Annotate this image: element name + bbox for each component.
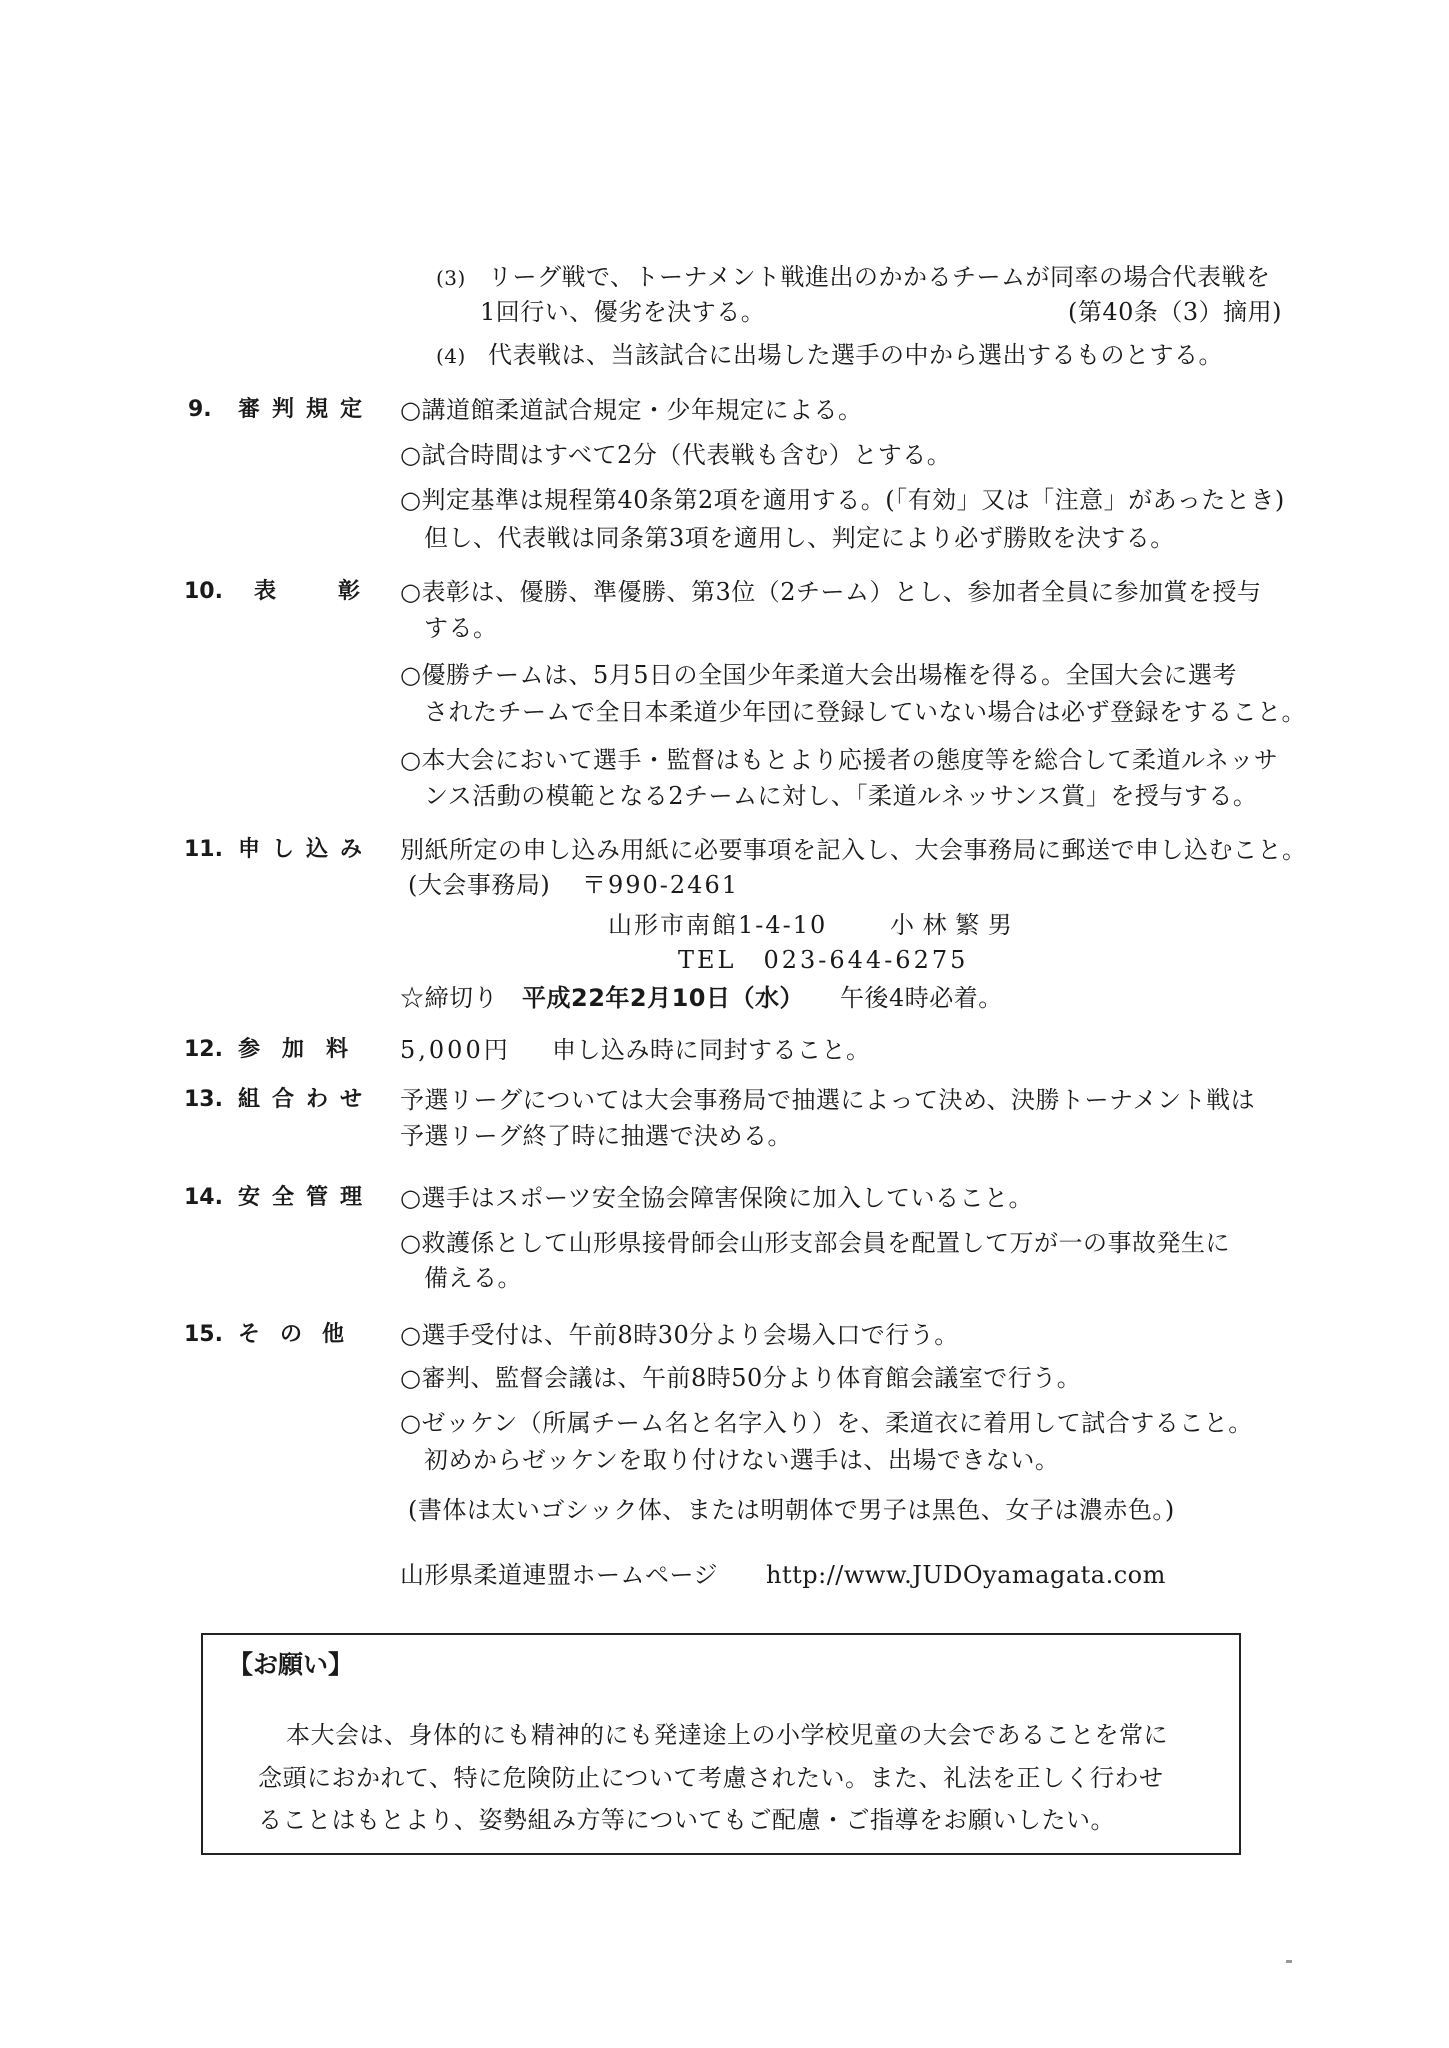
item-text: 代表戦は、当該試合に出場した選手の中から選出するものとする。 bbox=[488, 340, 1223, 370]
contact-name: 小 林 繁 男 bbox=[890, 910, 1012, 940]
address: 山形市南館1-4-10 bbox=[608, 910, 827, 940]
request-line: 念頭におかれて、特に危険防止について考慮されたい。また、礼法を正しく行わせ bbox=[258, 1763, 1164, 1793]
paragraph-line: 予選リーグ終了時に抽選で決める。 bbox=[400, 1121, 792, 1151]
paragraph-line: ○ゼッケン（所属チーム名と名字入り）を、柔道衣に着用して試合すること。 bbox=[400, 1408, 1253, 1438]
section-number: 13. bbox=[184, 1085, 238, 1115]
paragraph-line: ○本大会において選手・監督はもとより応援者の態度等を総合して柔道ルネッサ bbox=[400, 745, 1278, 775]
item-text: リーグ戦で、トーナメント戦進出のかかるチームが同率の場合代表戦を bbox=[488, 262, 1271, 292]
postal-code: 〒990-2461 bbox=[582, 870, 739, 900]
fee-note: 申し込み時に同封すること。 bbox=[552, 1035, 871, 1065]
paragraph-line: 予選リーグについては大会事務局で抽選によって決め、決勝トーナメント戦は bbox=[400, 1085, 1255, 1115]
fee-amount: 5,000円 bbox=[400, 1035, 511, 1065]
section-number: 14. bbox=[184, 1183, 238, 1213]
font-note: (書体は太いゴシック体、または明朝体で男子は黒色、女子は濃赤色。) bbox=[408, 1495, 1175, 1525]
section-heading: 9.審判規定 bbox=[188, 395, 356, 425]
item-number: (3) bbox=[436, 263, 466, 293]
section-heading: 12.参加料 bbox=[184, 1035, 356, 1065]
section-label: 組合わせ bbox=[238, 1085, 356, 1115]
section-label: 安全管理 bbox=[238, 1183, 356, 1213]
paragraph-line: ○優勝チームは、5月5日の全国少年柔道大会出場権を得る。全国大会に選考 bbox=[400, 660, 1237, 690]
item-number: (4) bbox=[436, 341, 466, 371]
item-text: 1回行い、優劣を決する。 bbox=[480, 297, 765, 327]
paragraph-line: ○選手はスポーツ安全協会障害保険に加入していること。 bbox=[400, 1183, 1033, 1213]
section-label: 参加料 bbox=[238, 1035, 356, 1065]
section-heading: 13.組合わせ bbox=[184, 1085, 356, 1115]
section-number: 11. bbox=[184, 835, 238, 865]
section-number: 15. bbox=[184, 1320, 238, 1350]
paragraph-line: ○試合時間はすべて2分（代表戦も含む）とする。 bbox=[400, 440, 951, 470]
section-number: 12. bbox=[184, 1035, 238, 1065]
section-label: 彰 bbox=[338, 577, 360, 607]
paragraph-line: ○判定基準は規程第40条第2項を適用する。(「有効」又は「注意」があったとき) bbox=[400, 485, 1285, 515]
section-heading: 15.その他 bbox=[184, 1320, 356, 1350]
paragraph-line: ○審判、監督会議は、午前8時50分より体育館会議室で行う。 bbox=[400, 1363, 1081, 1393]
article-reference: (第40条（3）摘用) bbox=[1068, 297, 1282, 327]
paragraph-line: 初めからゼッケンを取り付けない選手は、出場できない。 bbox=[424, 1445, 1059, 1475]
paragraph-line: ○選手受付は、午前8時30分より会場入口で行う。 bbox=[400, 1320, 959, 1350]
request-line: 本大会は、身体的にも精神的にも発達途上の小学校児童の大会であることを常に bbox=[286, 1720, 1168, 1750]
section-number: 10. bbox=[184, 577, 254, 607]
paragraph-line: ンス活動の模範となる2チームに対し、「柔道ルネッサンス賞」を授与する。 bbox=[424, 781, 1257, 811]
section-heading: 14.安全管理 bbox=[184, 1183, 356, 1213]
section-heading: 11.申し込み bbox=[184, 835, 356, 865]
telephone: TEL 023-644-6275 bbox=[678, 945, 968, 975]
request-box-title: 【お願い】 bbox=[228, 1650, 353, 1680]
section-label: 審判規定 bbox=[238, 395, 356, 425]
paragraph-line: ○救護係として山形県接骨師会山形支部会員を配置して万が一の事故発生に bbox=[400, 1228, 1230, 1258]
paragraph-line: されたチームで全日本柔道少年団に登録していない場合は必ず登録をすること。 bbox=[424, 697, 1306, 727]
section-label: 表 bbox=[254, 579, 276, 604]
scan-speck bbox=[1286, 1960, 1292, 1963]
deadline-prefix: ☆締切り bbox=[400, 983, 498, 1013]
paragraph-line: 但し、代表戦は同条第3項を適用し、判定により必ず勝敗を決する。 bbox=[424, 523, 1175, 553]
paragraph-line: ○表彰は、優勝、準優勝、第3位（2チーム）とし、参加者全員に参加賞を授与 bbox=[400, 577, 1261, 607]
section-number: 9. bbox=[188, 395, 238, 425]
section-heading: 10.表彰 bbox=[184, 577, 276, 607]
deadline-date: 平成22年2月10日（水） bbox=[522, 983, 804, 1013]
paragraph-line: 備える。 bbox=[424, 1263, 522, 1293]
request-line: ることはもとより、姿勢組み方等についてもご配慮・ご指導をお願いしたい。 bbox=[258, 1805, 1115, 1835]
paragraph-line: ○講道館柔道試合規定・少年規定による。 bbox=[400, 395, 862, 425]
homepage-label: 山形県柔道連盟ホームページ bbox=[400, 1560, 718, 1590]
deadline-time: 午後4時必着。 bbox=[840, 983, 1003, 1013]
homepage-url[interactable]: http://www.JUDOyamagata.com bbox=[766, 1560, 1166, 1590]
paragraph-line: する。 bbox=[424, 613, 498, 643]
paragraph-line: 別紙所定の申し込み用紙に必要事項を記入し、大会事務局に郵送で申し込むこと。 bbox=[400, 835, 1307, 865]
section-label: その他 bbox=[238, 1320, 356, 1350]
section-label: 申し込み bbox=[238, 835, 356, 865]
office-label: (大会事務局) bbox=[408, 870, 550, 900]
